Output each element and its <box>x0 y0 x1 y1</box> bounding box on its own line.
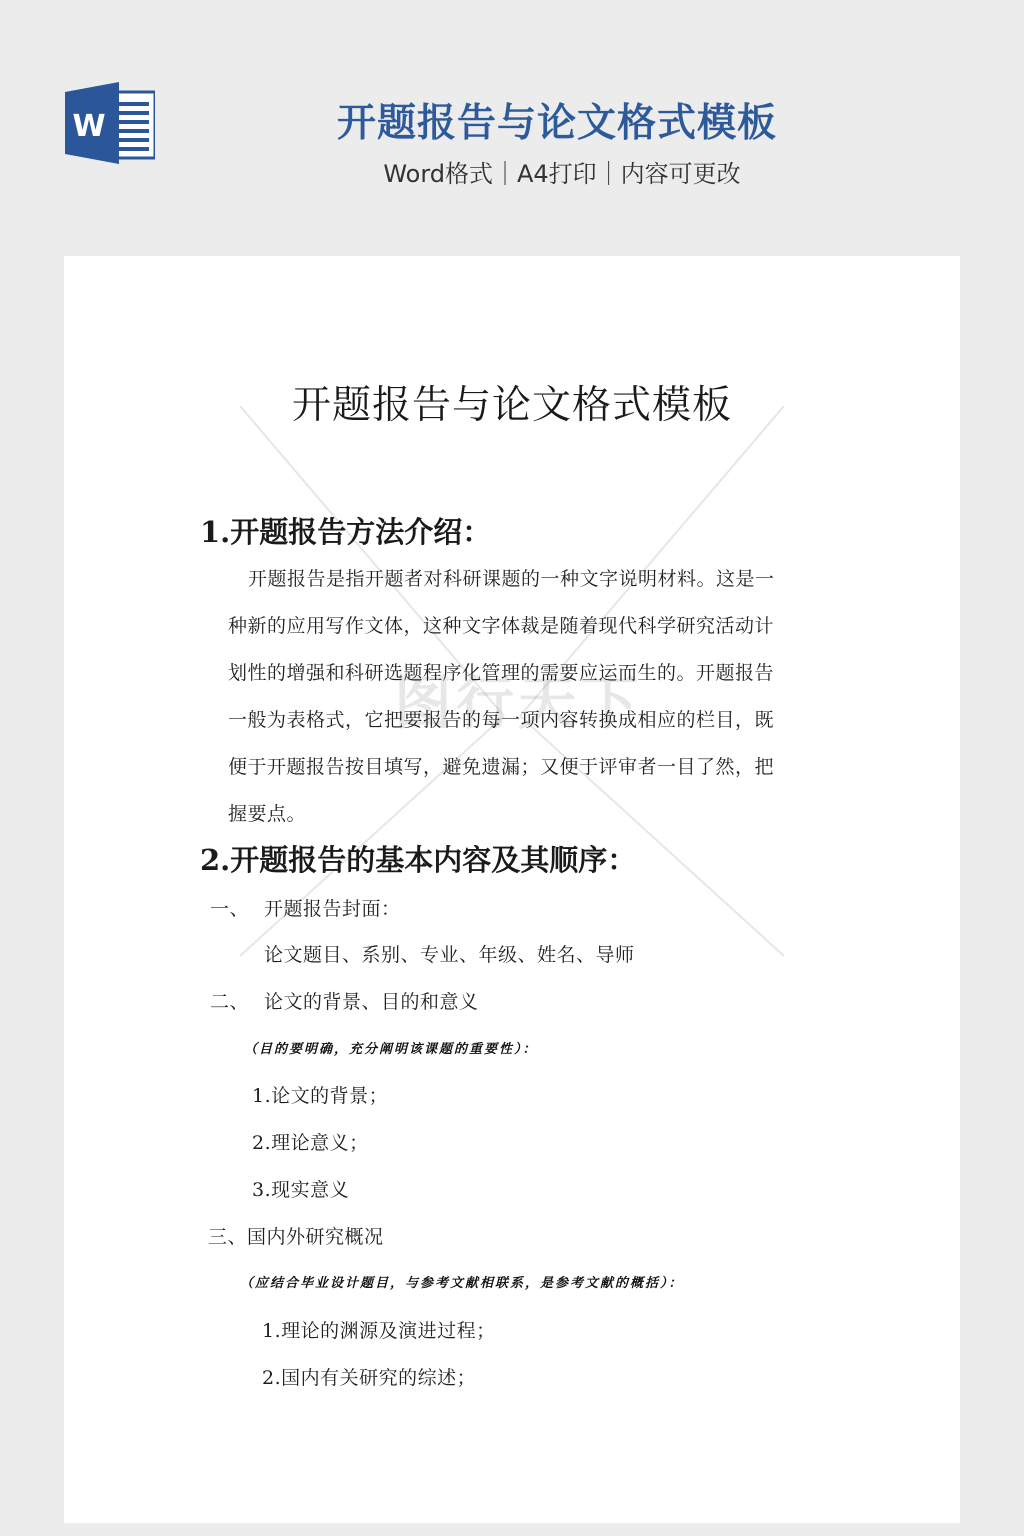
document-page: 图行天下 开题报告与论文格式模板 1.开题报告方法介绍： 开题报告是指开题者对科… <box>64 256 960 1523</box>
list-item-label: 开题报告封面： <box>264 894 401 921</box>
banner-title: 开题报告与论文格式模板 <box>0 92 1024 148</box>
list-number: 一、 <box>210 894 249 921</box>
section1-heading: 1.开题报告方法介绍： <box>200 510 491 551</box>
sub-item: 2.理论意义； <box>252 1128 369 1155</box>
watermark-lines <box>64 256 960 1523</box>
list-item-detail: 论文题目、系别、专业、年级、姓名、导师 <box>264 940 635 967</box>
sub-item: 1.理论的渊源及演进过程； <box>262 1316 496 1343</box>
banner-subtitle: Word格式｜A4打印｜内容可更改 <box>0 154 1024 189</box>
paragraph-line: 种新的应用写作文体，这种文字体裁是随着现代科学研究活动计 <box>228 611 774 638</box>
sub-item: 2.国内有关研究的综述； <box>262 1363 476 1390</box>
paragraph-line: 开题报告是指开题者对科研课题的一种文字说明材料。这是一 <box>248 564 775 591</box>
list-note: （目的要明确，充分阐明该课题的重要性）： <box>244 1038 538 1057</box>
section2-heading: 2.开题报告的基本内容及其顺序： <box>200 838 636 879</box>
paragraph-line: 握要点。 <box>228 799 306 826</box>
list-item-label: 论文的背景、目的和意义 <box>264 987 479 1014</box>
paragraph-line: 便于开题报告按目填写，避免遗漏；又便于评审者一目了然，把 <box>228 752 774 779</box>
document-title: 开题报告与论文格式模板 <box>64 374 960 430</box>
paragraph-line: 一般为表格式，它把要报告的每一项内容转换成相应的栏目，既 <box>228 705 774 732</box>
list-note: （应结合毕业设计题目，与参考文献相联系，是参考文献的概括）： <box>240 1272 684 1291</box>
sub-item: 3.现实意义 <box>252 1175 349 1202</box>
paragraph-line: 划性的增强和科研选题程序化管理的需要应运而生的。开题报告 <box>228 658 774 685</box>
list-item-label: 三、国内外研究概况 <box>208 1222 384 1249</box>
list-number: 二、 <box>210 987 249 1014</box>
sub-item: 1.论文的背景； <box>252 1081 388 1108</box>
